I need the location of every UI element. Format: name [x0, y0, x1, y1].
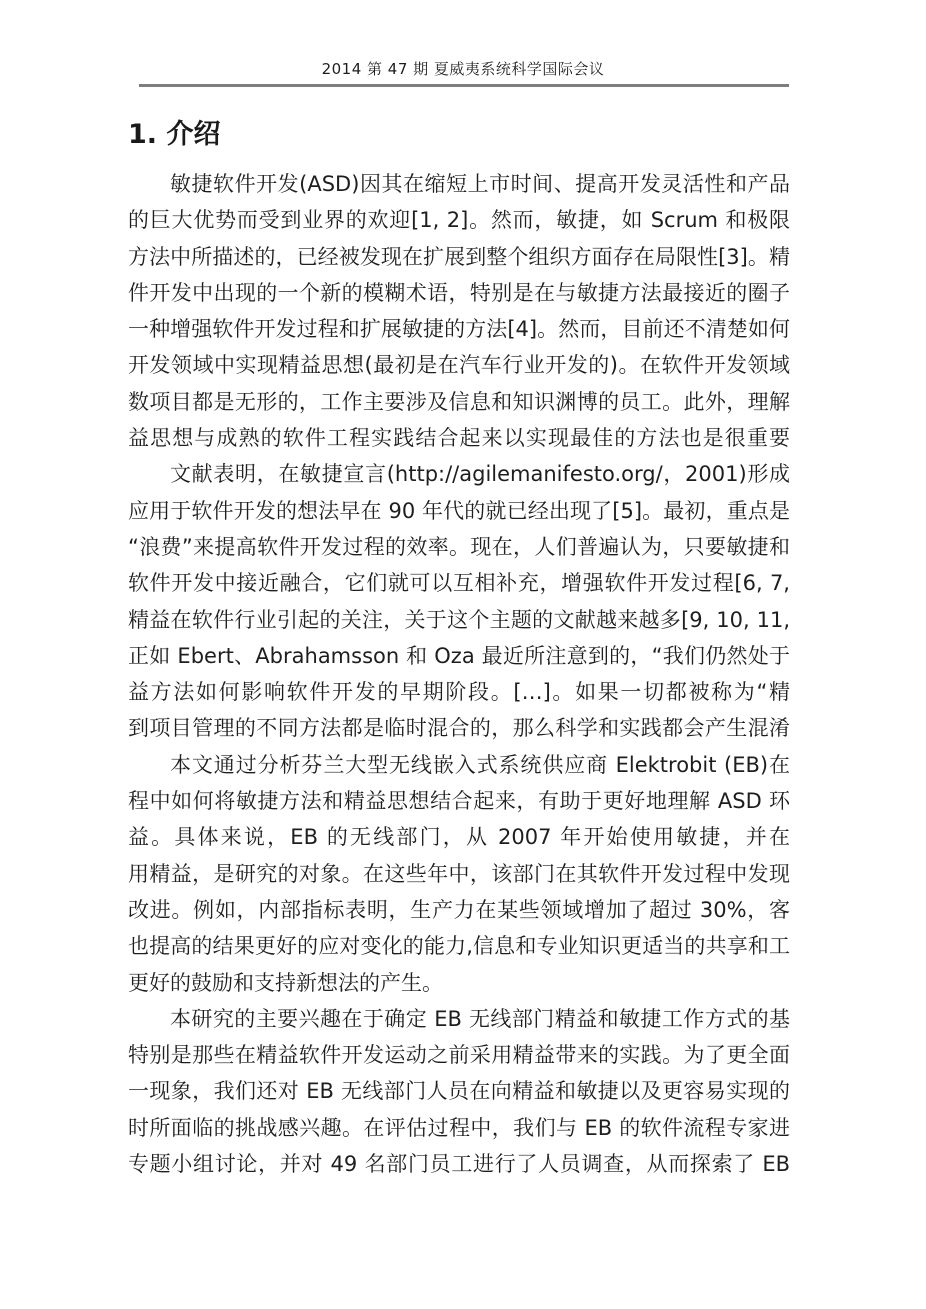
- text-line: 方法中所描述的，已经被发现在扩展到整个组织方面存在局限性[3]。精益是软: [128, 239, 790, 275]
- text-line: “浪费”来提高软件开发过程的效率。现在，人们普遍认为，只要敏捷和精益在: [128, 529, 790, 565]
- text-line: 也提高的结果更好的应对变化的能力,信息和专业知识更适当的共享和工作环境: [128, 928, 790, 964]
- text-line: 正如 Ebert、Abrahamsson 和 Oza 最近所注意到的，“我们仍然…: [128, 638, 790, 674]
- header-rule: [139, 84, 789, 87]
- text-line: 改进。例如，内部指标表明，生产力在某些领域增加了超过 30%，客户满意度: [128, 892, 790, 928]
- text-line: 开发领域中实现精益思想(最初是在汽车行业开发的)。在软件开发领域中，大多: [128, 347, 790, 383]
- text-line: 本研究的主要兴趣在于确定 EB 无线部门精益和敏捷工作方式的基本特征，: [128, 1001, 790, 1037]
- text-line: 本文通过分析芬兰大型无线嵌入式系统供应商 Elektrobit (EB)在软件开…: [128, 747, 790, 783]
- body-text: 敏捷软件开发(ASD)因其在缩短上市时间、提高开发灵活性和产品质量方面的巨大优势…: [128, 166, 790, 1182]
- text-line: 专题小组讨论，并对 49 名部门员工进行了人员调查，从而探索了 EB 的工作方: [128, 1146, 790, 1182]
- text-line: 益思想与成熟的软件工程实践结合起来以实现最佳的方法也是很重要的。: [128, 420, 790, 456]
- section-heading: 1. 介绍: [128, 112, 220, 151]
- page-header: 2014 第 47 期 夏威夷系统科学国际会议: [0, 58, 926, 79]
- text-line: 一现象，我们还对 EB 无线部门人员在向精益和敏捷以及更容易实现的元素过渡: [128, 1073, 790, 1109]
- text-line: 益。具体来说，EB 的无线部门，从 2007 年开始使用敏捷，并在 2010 年…: [128, 819, 790, 855]
- text-line: 用精益，是研究的对象。在这些年中，该部门在其软件开发过程中发现了重要的: [128, 856, 790, 892]
- document-page: 2014 第 47 期 夏威夷系统科学国际会议 1. 介绍 敏捷软件开发(ASD…: [0, 0, 926, 1309]
- text-line: 更好的鼓励和支持新想法的产生。: [128, 965, 790, 1001]
- text-line: 数项目都是无形的，工作主要涉及信息和知识渊博的员工。此外，理解如何将精: [128, 384, 790, 420]
- text-line: 精益在软件行业引起的关注，关于这个主题的文献越来越多[9, 10, 11, 12…: [128, 602, 790, 638]
- text-line: 的巨大优势而受到业界的欢迎[1, 2]。然而，敏捷，如 Scrum 和极限编程等…: [128, 202, 790, 238]
- text-line: 应用于软件开发的想法早在 90 年代的就已经出现了[5]。最初，重点是通过消除: [128, 493, 790, 529]
- text-line: 软件开发中接近融合，它们就可以互相补充，增强软件开发过程[6, 7, 8]。由于: [128, 565, 790, 601]
- text-line: 程中如何将敏捷方法和精益思想结合起来，有助于更好地理解 ASD 环境下的精: [128, 783, 790, 819]
- text-line: 件开发中出现的一个新的模糊术语，特别是在与敏捷方法最接近的圈子中，它是: [128, 275, 790, 311]
- text-line: 敏捷软件开发(ASD)因其在缩短上市时间、提高开发灵活性和产品质量方面: [128, 166, 790, 202]
- text-line: 到项目管理的不同方法都是临时混合的，那么科学和实践都会产生混淆[13]。: [128, 710, 790, 746]
- text-line: 文献表明，在敏捷宣言(http://agilemanifesto.org/，20…: [128, 456, 790, 492]
- text-line: 时所面临的挑战感兴趣。在评估过程中，我们与 EB 的软件流程专家进行了 5 次: [128, 1110, 790, 1146]
- text-line: 一种增强软件开发过程和扩展敏捷的方法[4]。然而，目前还不清楚如何在软件: [128, 311, 790, 347]
- text-line: 益方法如何影响软件开发的早期阶段。[…]。如果一切都被称为“精益”，从敏捷: [128, 674, 790, 710]
- text-line: 特别是那些在精益软件开发运动之前采用精益带来的实践。为了更全面地了解这: [128, 1037, 790, 1073]
